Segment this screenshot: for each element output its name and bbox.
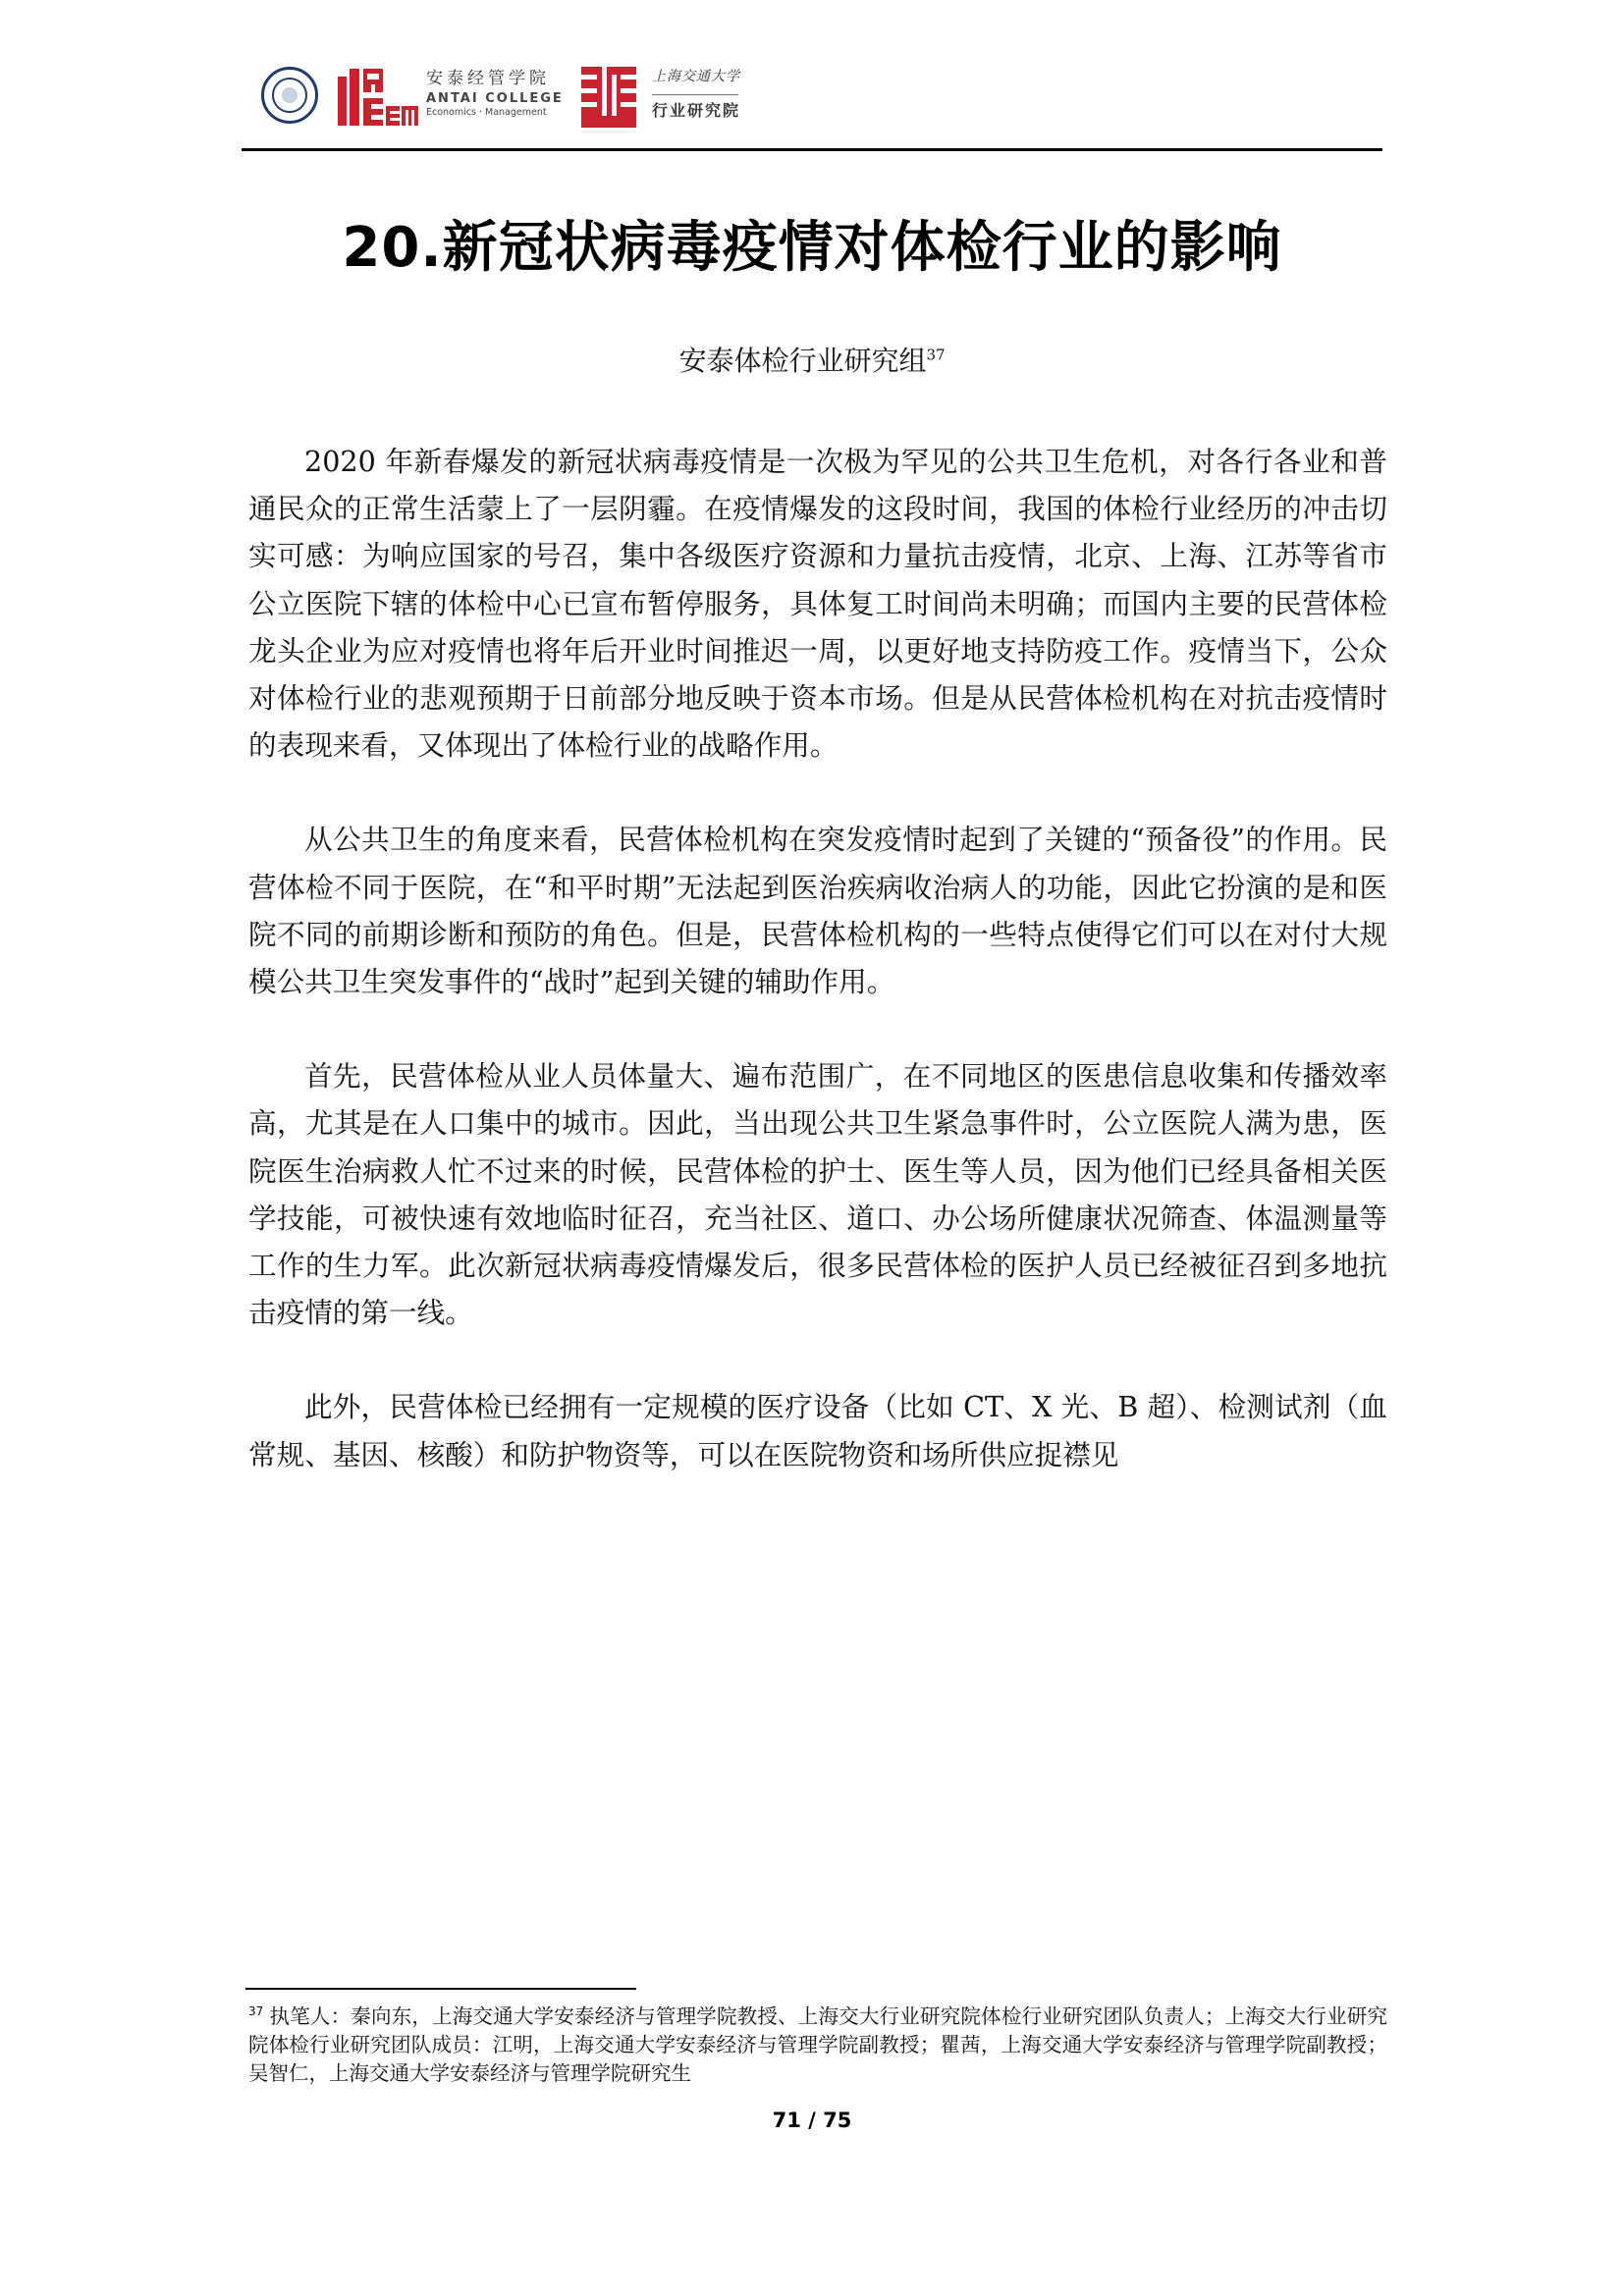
antai-cn-name: 安泰经管学院 — [426, 69, 573, 88]
footnote-number: 37 — [248, 2004, 263, 2018]
institute-logo — [581, 67, 636, 128]
paragraph-2: 从公共卫生的角度来看，民营体检机构在突发疫情时起到了关键的“预备役”的作用。民营… — [248, 816, 1387, 1005]
paragraph-3: 首先，民营体检从业人员体量大、遍布范围广，在不同地区的医患信息收集和传播效率高，… — [248, 1052, 1387, 1336]
antai-en-name: ANTAI COLLEGE — [426, 91, 573, 107]
footnote: 37执笔人：秦向东，上海交通大学安泰经济与管理学院教授、上海交大行业研究院体检行… — [248, 2002, 1387, 2088]
footnote-ref[interactable]: 37 — [926, 347, 945, 364]
institute-divider — [652, 94, 738, 95]
antai-subtitle: Economics · Management — [426, 107, 573, 119]
sjtu-seal-logo — [261, 67, 318, 124]
institute-wordmark: 上海交通大学 行业研究院 — [652, 65, 750, 121]
page-header: 安泰经管学院 ANTAI COLLEGE Economics · Managem… — [242, 57, 1382, 145]
byline: 安泰体检行业研究组37 — [0, 344, 1624, 379]
paragraph-1: 2020 年新春爆发的新冠状病毒疫情是一次极为罕见的公共卫生危机，对各行各业和普… — [248, 438, 1387, 769]
page-title: 20.新冠状病毒疫情对体检行业的影响 — [0, 214, 1624, 283]
article-body: 2020 年新春爆发的新冠状病毒疫情是一次极为罕见的公共卫生危机，对各行各业和普… — [248, 438, 1387, 1478]
page-number: 71 / 75 — [0, 2109, 1624, 2132]
paragraph-4: 此外，民营体检已经拥有一定规模的医疗设备（比如 CT、X 光、B 超）、检测试剂… — [248, 1383, 1387, 1477]
byline-text: 安泰体检行业研究组 — [678, 345, 926, 377]
acem-logo — [338, 67, 418, 128]
seal-center-icon — [272, 78, 307, 113]
institute-name: 行业研究院 — [652, 101, 750, 121]
footnote-divider — [245, 1988, 636, 1990]
institute-university-name: 上海交通大学 — [652, 65, 750, 88]
antai-college-wordmark: 安泰经管学院 ANTAI COLLEGE Economics · Managem… — [426, 69, 573, 119]
header-divider — [242, 148, 1382, 151]
footnote-text: 执笔人：秦向东，上海交通大学安泰经济与管理学院教授、上海交大行业研究院体检行业研… — [248, 2004, 1387, 2085]
